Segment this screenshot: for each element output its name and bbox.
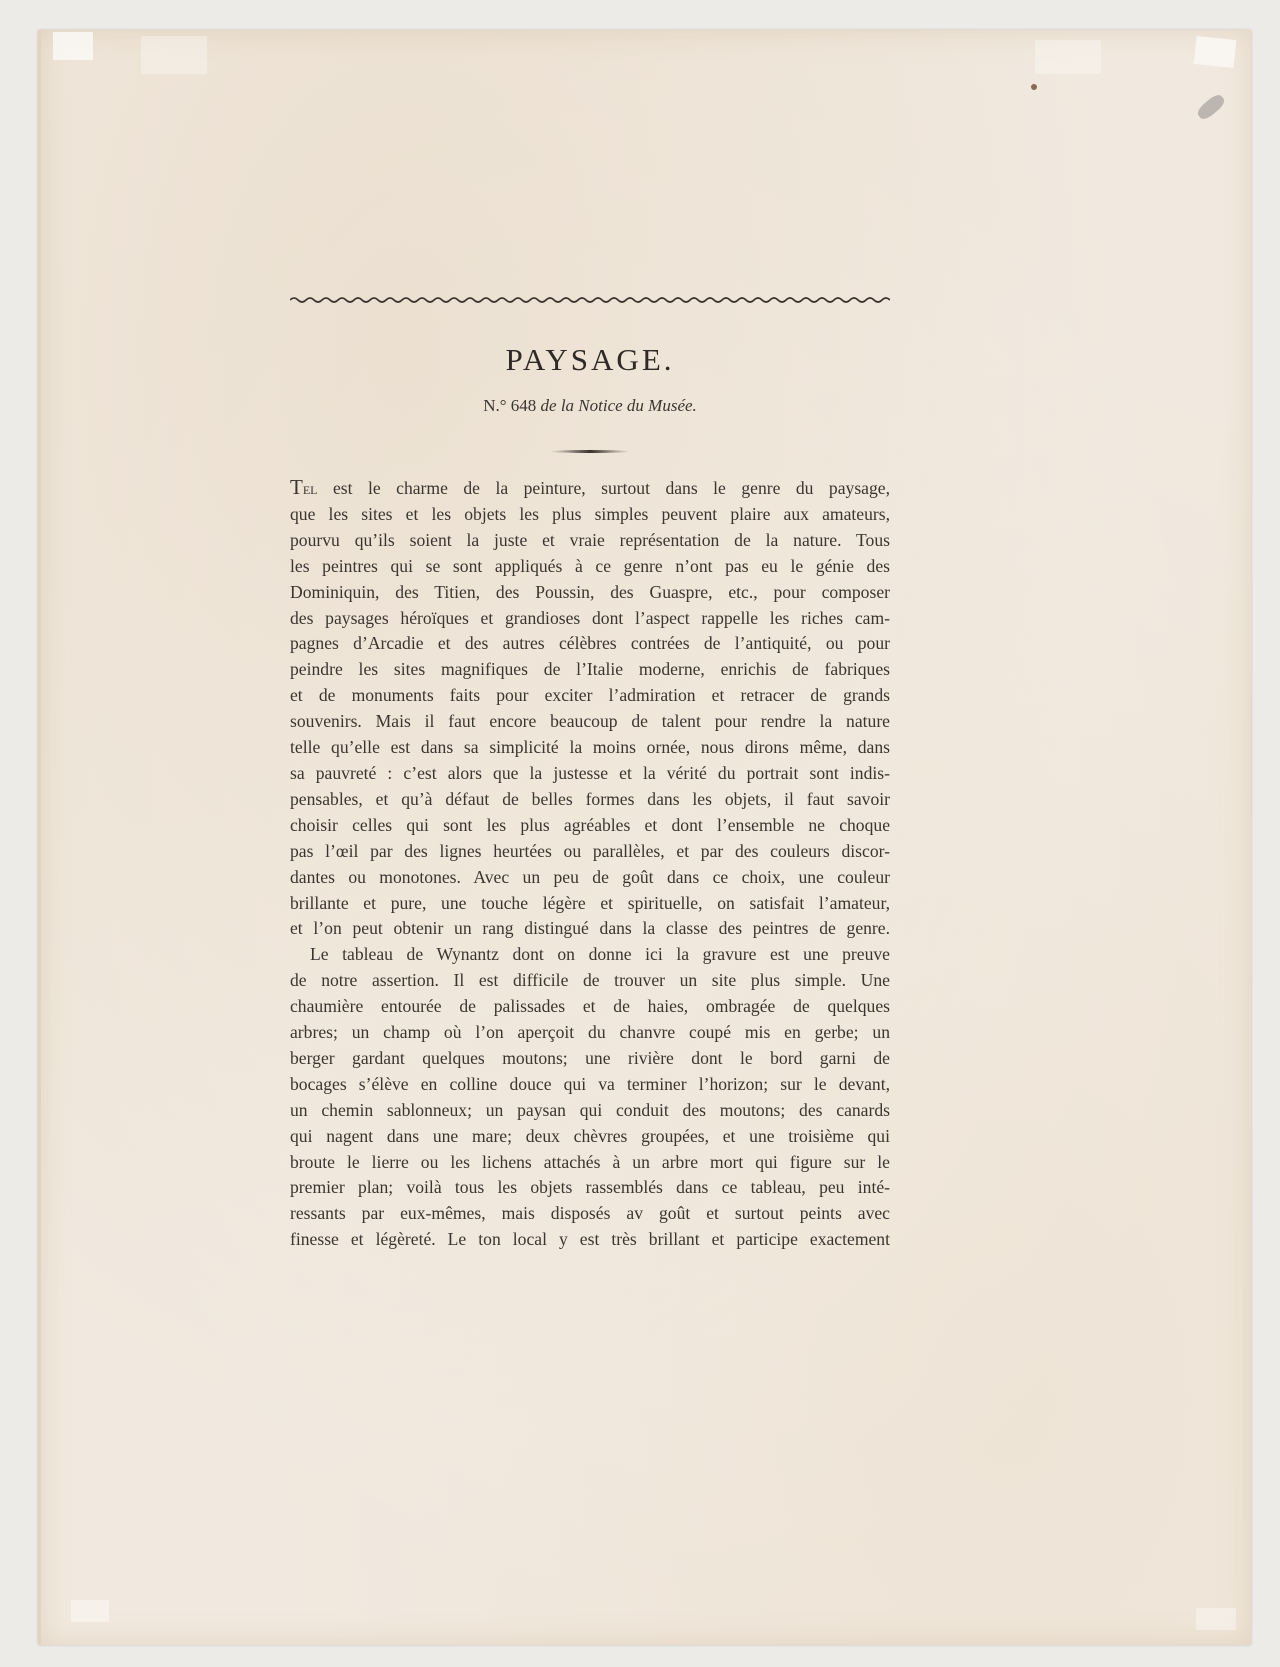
text-line: sa pauvreté : c’est alors que la justess…	[290, 761, 890, 787]
text-line: un chemin sablonneux; un paysan qui cond…	[290, 1098, 890, 1124]
tape-top-center-right	[1035, 40, 1101, 74]
foxing-spot	[1031, 84, 1037, 90]
pencil-smudge	[1195, 92, 1227, 122]
text-line: pensables, et qu’à défaut de belles form…	[290, 787, 890, 813]
text-line: les peintres qui se sont appliqués à ce …	[290, 554, 890, 580]
tape-top-center-left	[141, 36, 207, 74]
subtitle-text: de la Notice du Musée.	[536, 396, 697, 415]
text-line: pas l’œil par des lignes heurtées ou par…	[290, 839, 890, 865]
document-text-block: PAYSAGE. N.° 648 de la Notice du Musée. …	[290, 290, 890, 1253]
text-line: broute le lierre ou les lichens attachés…	[290, 1150, 890, 1176]
notice-number: N.° 648	[483, 396, 536, 415]
text-line: telle qu’elle est dans sa simplicité la …	[290, 735, 890, 761]
decorative-center-rule	[550, 450, 630, 453]
page-title: PAYSAGE.	[290, 342, 890, 378]
text-line: choisir celles qui sont les plus agréabl…	[290, 813, 890, 839]
paragraph-1: Tel est le charme de la peinture, surtou…	[290, 475, 890, 942]
page-subtitle: N.° 648 de la Notice du Musée.	[290, 396, 890, 416]
text-line: finesse et légèreté. Le ton local y est …	[290, 1227, 890, 1253]
body-text: Tel est le charme de la peinture, surtou…	[290, 475, 890, 1253]
text-line: souvenirs. Mais il faut encore beaucoup …	[290, 709, 890, 735]
text-line: peindre les sites magnifiques de l’Itali…	[290, 657, 890, 683]
text-line: bocages s’élève en colline douce qui va …	[290, 1072, 890, 1098]
text-line: Tel est le charme de la peinture, surtou…	[290, 475, 890, 502]
text-line: pourvu qu’ils soient la juste et vraie r…	[290, 528, 890, 554]
text-line: pagnes d’Arcadie et des autres célèbres …	[290, 631, 890, 657]
tape-top-left	[53, 32, 93, 60]
text-line: ressants par eux-mêmes, mais disposés av…	[290, 1201, 890, 1227]
tape-bottom-left	[71, 1600, 109, 1622]
text-line: et de monuments faits pour exciter l’adm…	[290, 683, 890, 709]
text-line: des paysages héroïques et grandioses don…	[290, 606, 890, 632]
text-line: Le tableau de Wynantz dont on donne ici …	[290, 942, 890, 968]
text-line: de notre assertion. Il est difficile de …	[290, 968, 890, 994]
lead-smallcaps: el	[303, 478, 318, 498]
text-line: chaumière entourée de palissades et de h…	[290, 994, 890, 1020]
text-line: que les sites et les objets les plus sim…	[290, 502, 890, 528]
text-line: et l’on peut obtenir un rang distingué d…	[290, 916, 890, 942]
text-line: dantes ou monotones. Avec un peu de goût…	[290, 865, 890, 891]
text-line: arbres; un champ où l’on aperçoit du cha…	[290, 1020, 890, 1046]
text-line: premier plan; voilà tous les objets rass…	[290, 1175, 890, 1201]
lead-capital: T	[290, 475, 303, 499]
text-line: qui nagent dans une mare; deux chèvres g…	[290, 1124, 890, 1150]
text-line: berger gardant quelques moutons; une riv…	[290, 1046, 890, 1072]
tape-bottom-right	[1196, 1608, 1236, 1630]
paragraph-2: Le tableau de Wynantz dont on donne ici …	[290, 942, 890, 1253]
text-line: brillante et pure, une touche légère et …	[290, 891, 890, 917]
text-line: Dominiquin, des Titien, des Poussin, des…	[290, 580, 890, 606]
ornamental-wavy-rule	[290, 295, 890, 303]
tape-top-right	[1194, 36, 1237, 68]
